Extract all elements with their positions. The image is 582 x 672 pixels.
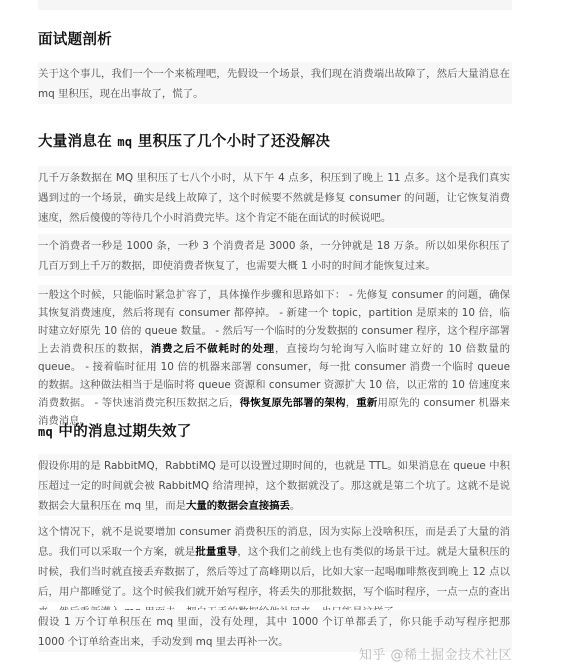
watermark: 知乎 @稀土掘金技术社区: [359, 644, 512, 663]
emphasis: 大量的数据会直接搞丢: [186, 500, 290, 512]
text-run: ，: [346, 397, 357, 409]
paragraph-backlog-scenario: 几千万条数据在 MQ 里积压了七八个小时，从下午 4 点多，积压到了晚上 11 …: [38, 168, 510, 228]
section-heading-analysis: 面试题剖析: [38, 28, 112, 49]
heading-code: mq: [117, 135, 132, 149]
heading-text: 中的消息过期失效了: [53, 424, 192, 440]
heading-code: mq: [38, 425, 53, 439]
paragraph-consumer-rate: 一个消费者一秒是 1000 条，一秒 3 个消费者是 3000 条，一分钟就是 …: [38, 236, 510, 276]
emphasis: 消费之后不做耗时的处理: [151, 343, 275, 355]
emphasis: 重新: [356, 397, 377, 409]
heading-text: 里积压了几个小时了还没解决: [132, 134, 330, 150]
top-band: [38, 0, 512, 10]
section-heading-backlog: 大量消息在 mq 里积压了几个小时了还没解决: [38, 130, 330, 151]
emphasis: 批量重导: [195, 546, 237, 558]
paragraph-batch-reimport: 这个情况下，就不是说要增加 consumer 消费积压的消息，因为实际上没啥积压…: [38, 522, 510, 622]
heading-text: 大量消息在: [38, 134, 117, 150]
emphasis: 得恢复原先部署的架构: [240, 397, 346, 409]
paragraph-intro: 关于这个事儿，我们一个一个来梳理吧，先假设一个场景，我们现在消费端出故障了，然后…: [38, 64, 510, 104]
paragraph-scaling-steps: 一般这个时候，只能临时紧急扩容了，具体操作步骤和思路如下： - 先修复 cons…: [38, 286, 510, 430]
paragraph-rabbitmq-ttl: 假设你用的是 RabbitMQ，RabbtiMQ 是可以设置过期时间的，也就是 …: [38, 456, 510, 516]
section-heading-expired: mq 中的消息过期失效了: [38, 420, 192, 441]
text-run: 。: [290, 500, 300, 512]
